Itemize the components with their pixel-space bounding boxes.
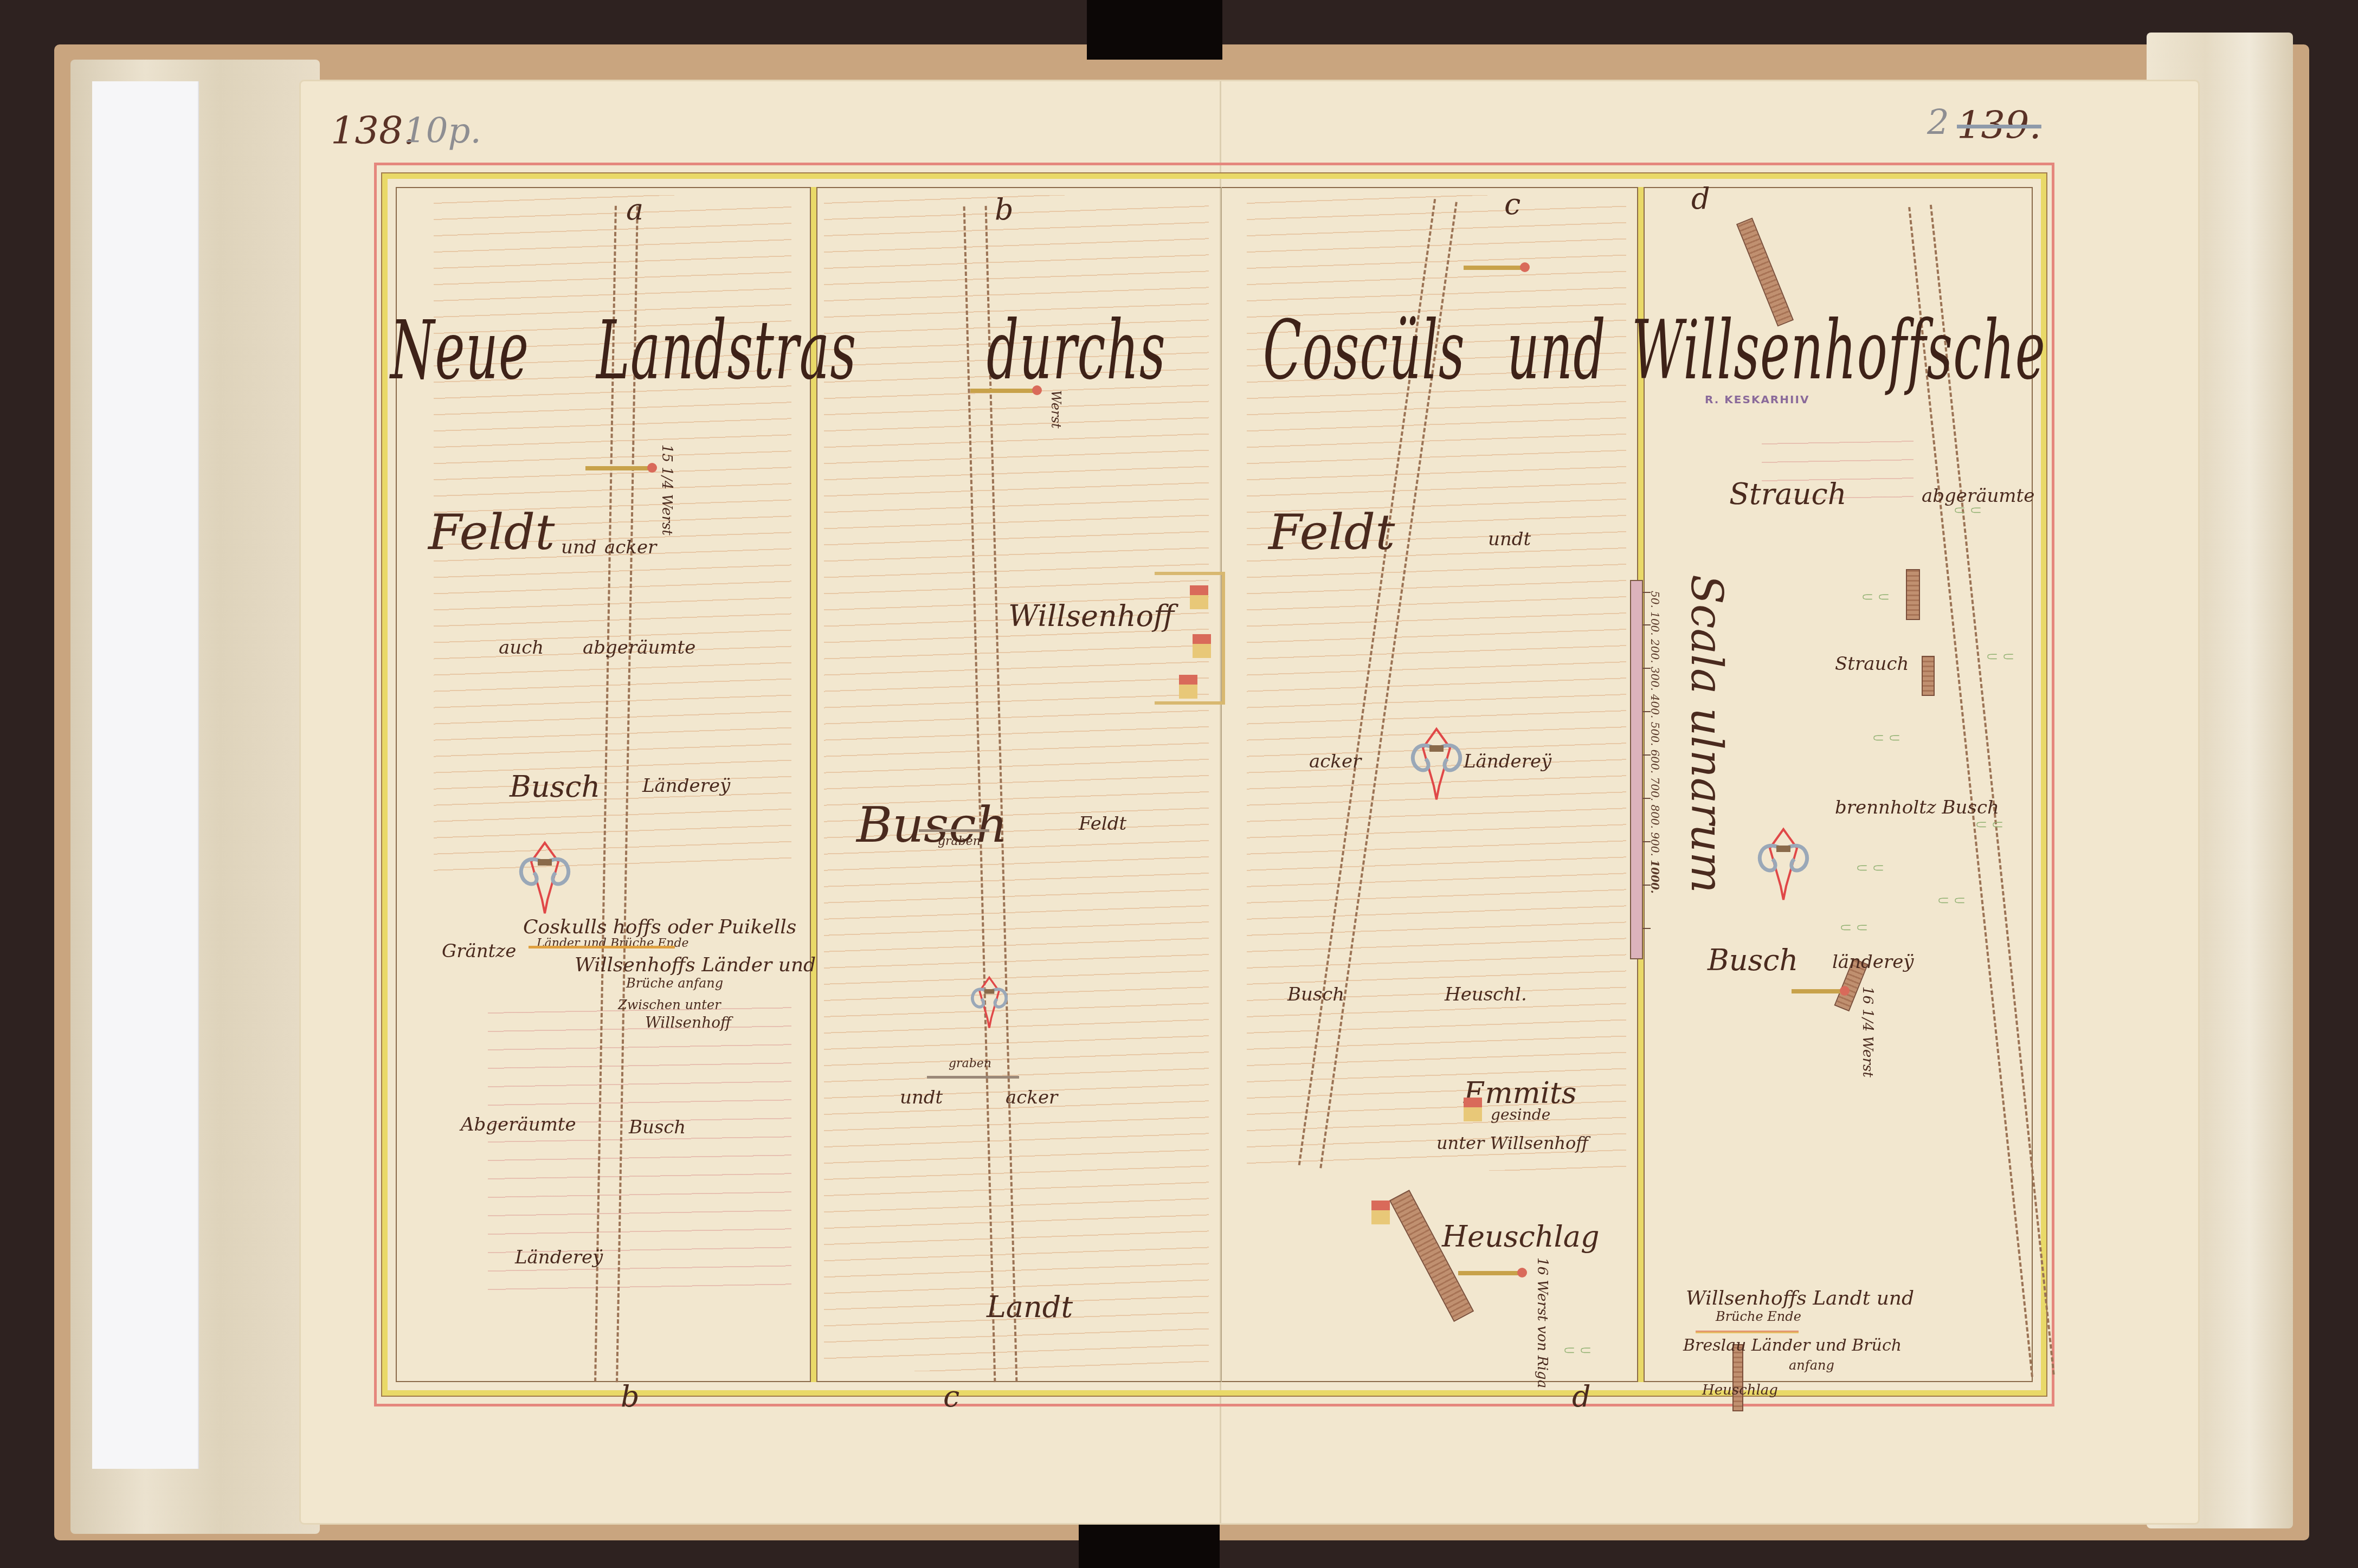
farmhouse-icon: [1190, 585, 1208, 609]
scale-tick-label: 500.: [1648, 722, 1661, 746]
strip-b-start-label: b: [995, 192, 1014, 227]
strip-d-label-strauch-2: Strauch: [1835, 653, 1909, 675]
pencil-folio-left: 10p.: [404, 111, 481, 151]
ditch-line-1: [919, 829, 989, 832]
strip-a-label-auch: auch: [499, 637, 544, 659]
scale-tick-label: 700.: [1648, 777, 1661, 802]
strip-d-label-anfang: anfang: [1789, 1358, 1834, 1373]
strip-b-label-acker: acker: [1006, 1087, 1058, 1108]
scale-tick-labels: 50. 100. 200. 300. 400. 500. 600. 700. 8…: [1648, 591, 1661, 894]
strip-c-end-label: d: [1572, 1379, 1591, 1414]
scale-tick-label: 300.: [1648, 667, 1661, 691]
strip-a-label-zwischen: Zwischen unter: [618, 997, 721, 1012]
title-word-5: und: [1507, 304, 1606, 398]
pencil-folio-right: 2: [1927, 103, 1949, 143]
scale-tick-label: 200.: [1648, 639, 1661, 663]
scale-tick-label: 900.: [1648, 832, 1661, 856]
strip-divider-2: [1221, 187, 1222, 1382]
strip-c-start-label: c: [1504, 187, 1521, 221]
farmhouse-icon: [1179, 675, 1197, 699]
marsh-symbol-icon: ⸦⸦: [1859, 585, 1892, 608]
strip-a-label-busch: Busch: [510, 770, 600, 804]
strip-b-label-undt: undt: [900, 1087, 943, 1108]
strip-a-boundary-text-1: Coskulls hoffs oder Puikells: [523, 916, 796, 938]
strip-c-label-acker: acker: [1309, 751, 1361, 772]
marsh-symbol-icon: ⸦⸦: [1984, 645, 2016, 667]
distance-post-c: [1458, 1271, 1521, 1275]
distance-mark-c: 16 Werst von Riga: [1534, 1257, 1550, 1388]
farmhouse-icon: [1193, 634, 1211, 658]
strip-b-label-graben-2: graben: [949, 1057, 991, 1070]
scale-tick-label: 600.: [1648, 750, 1661, 774]
strip-b-label-graben-1: graben: [938, 835, 981, 848]
boundary-line-a: [529, 946, 675, 948]
strip-a-label-und: und: [561, 537, 597, 558]
strip-c-label-heuschlag: Heuschlag: [1442, 1219, 1600, 1254]
strip-d-boundary-text-1: Willsenhoffs Landt und: [1686, 1287, 1914, 1309]
strip-c-label-unter-willsenhoff: unter Willsenhoff: [1436, 1133, 1588, 1153]
title-word-3: durchs: [987, 304, 1166, 398]
strip-c-label-laendereij: Ländereÿ: [1464, 751, 1551, 772]
strip-c-label-gesinde: gesinde: [1491, 1106, 1550, 1124]
scale-tick: [1643, 928, 1651, 929]
strip-d-boundary-text-3: Breslau Länder und Brüch: [1683, 1336, 1902, 1355]
distance-post-a: [585, 466, 650, 470]
distance-post-d: [1792, 989, 1843, 993]
scale-bar: [1630, 580, 1643, 959]
strip-a-boundary-text-4: Brüche anfang: [626, 976, 723, 991]
binding-gap: [1087, 0, 1222, 60]
scale-title: Scala ulnarum: [1681, 575, 1732, 893]
ditch-line-2: [927, 1076, 1019, 1079]
strip-c-label-feldt: Feldt: [1268, 504, 1395, 561]
title-word-2: Landstras: [596, 304, 857, 398]
strip-a-label-abgeraeumte: abgeräumte: [583, 637, 695, 659]
distance-post-c-top: [1464, 266, 1523, 270]
strip-a-label-feldt: Feldt: [428, 504, 555, 561]
title-word-4: Coscüls: [1263, 304, 1465, 398]
strip-a-label-abgeraeumte-2: Abgeräumte: [461, 1114, 576, 1135]
scale-tick-label: 400.: [1648, 694, 1661, 719]
page-number-right: 139.: [1957, 103, 2041, 147]
archive-stamp: R. KESKARHIIV: [1705, 393, 1809, 406]
strip-d-label-laendereij: ländereÿ: [1832, 951, 1914, 973]
north-arrow-icon: [1407, 726, 1466, 802]
causeway-bridge-d-2: [1922, 656, 1935, 696]
north-arrow-icon: [1754, 827, 1813, 902]
scale-tick-label: 800.: [1648, 804, 1661, 829]
marsh-symbol-icon: ⸦⸦: [1973, 813, 2006, 835]
strip-b-label-willsenhoff: Willsenhoff: [1008, 599, 1174, 633]
strip-a-label-acker: acker: [604, 537, 656, 558]
marsh-symbol-icon: ⸦⸦: [1838, 916, 1870, 938]
marsh-symbol-icon: ⸦⸦: [1935, 889, 1968, 911]
strip-a-start-label: a: [626, 192, 643, 227]
strip-b-label-feldt: Feldt: [1079, 813, 1126, 835]
marsh-symbol-icon: ⸦⸦: [1854, 856, 1886, 879]
distance-mark-a: 15 1/4 Werst: [659, 444, 675, 535]
strip-d-label-strauch: Strauch: [1729, 477, 1847, 511]
strip-a-label-graentze: Gräntze: [442, 940, 516, 962]
strip-d-label-heuschlag: Heuschlag: [1702, 1382, 1778, 1398]
scale-tick-label: 1000.: [1648, 860, 1661, 894]
distance-post-b: [970, 389, 1035, 393]
strip-c-label-undt: undt: [1488, 528, 1531, 550]
north-arrow-icon: [968, 976, 1011, 1030]
strip-b-label-busch: Busch: [856, 797, 1008, 854]
scale-tick-label: 100.: [1648, 611, 1661, 636]
house-icon: [1371, 1201, 1390, 1224]
distance-mark-b: Werst: [1048, 390, 1064, 428]
marsh-symbol-icon: ⸦⸦: [1870, 726, 1903, 748]
strip-b-end-label: c: [943, 1379, 959, 1414]
strip-a-end-label: b: [621, 1379, 640, 1414]
page-number-left: 138.: [331, 108, 415, 153]
strip-d-boundary-text-2: Brüche Ende: [1716, 1309, 1801, 1324]
strip-a-label-laendereij: Ländereÿ: [642, 775, 730, 797]
strip-a-label-busch-2: Busch: [629, 1117, 686, 1138]
strip-b-label-landt: Landt: [987, 1290, 1073, 1324]
marsh-symbol-icon: ⸦⸦: [1951, 499, 1984, 521]
strip-d-label-busch: Busch: [1708, 943, 1798, 977]
title-word-1: Neue: [390, 304, 529, 398]
north-arrow-icon: [515, 840, 575, 916]
strip-c-label-heuschl: Heuschl.: [1445, 984, 1527, 1005]
causeway-bridge-d-1: [1906, 569, 1920, 620]
strip-c-label-busch: Busch: [1287, 984, 1344, 1005]
distance-mark-d: 16 1/4 Werst: [1859, 986, 1876, 1077]
strip-a-label-willsenhoff: Willsenhoff: [645, 1014, 731, 1031]
white-paper-slip: [92, 81, 198, 1469]
emmits-house-icon: [1464, 1098, 1482, 1121]
strip-d-start-label: d: [1691, 182, 1710, 216]
title-word-6: Willsenhoffsche: [1632, 304, 2046, 398]
strip-a-boundary-text-3: Willsenhoffs Länder und: [575, 954, 816, 976]
scale-tick-label: 50.: [1648, 591, 1661, 608]
marsh-symbol-icon: ⸦⸦: [1561, 1339, 1594, 1361]
boundary-line-d: [1696, 1331, 1799, 1333]
strip-a-label-laendereij-2: Ländereÿ: [515, 1247, 603, 1268]
